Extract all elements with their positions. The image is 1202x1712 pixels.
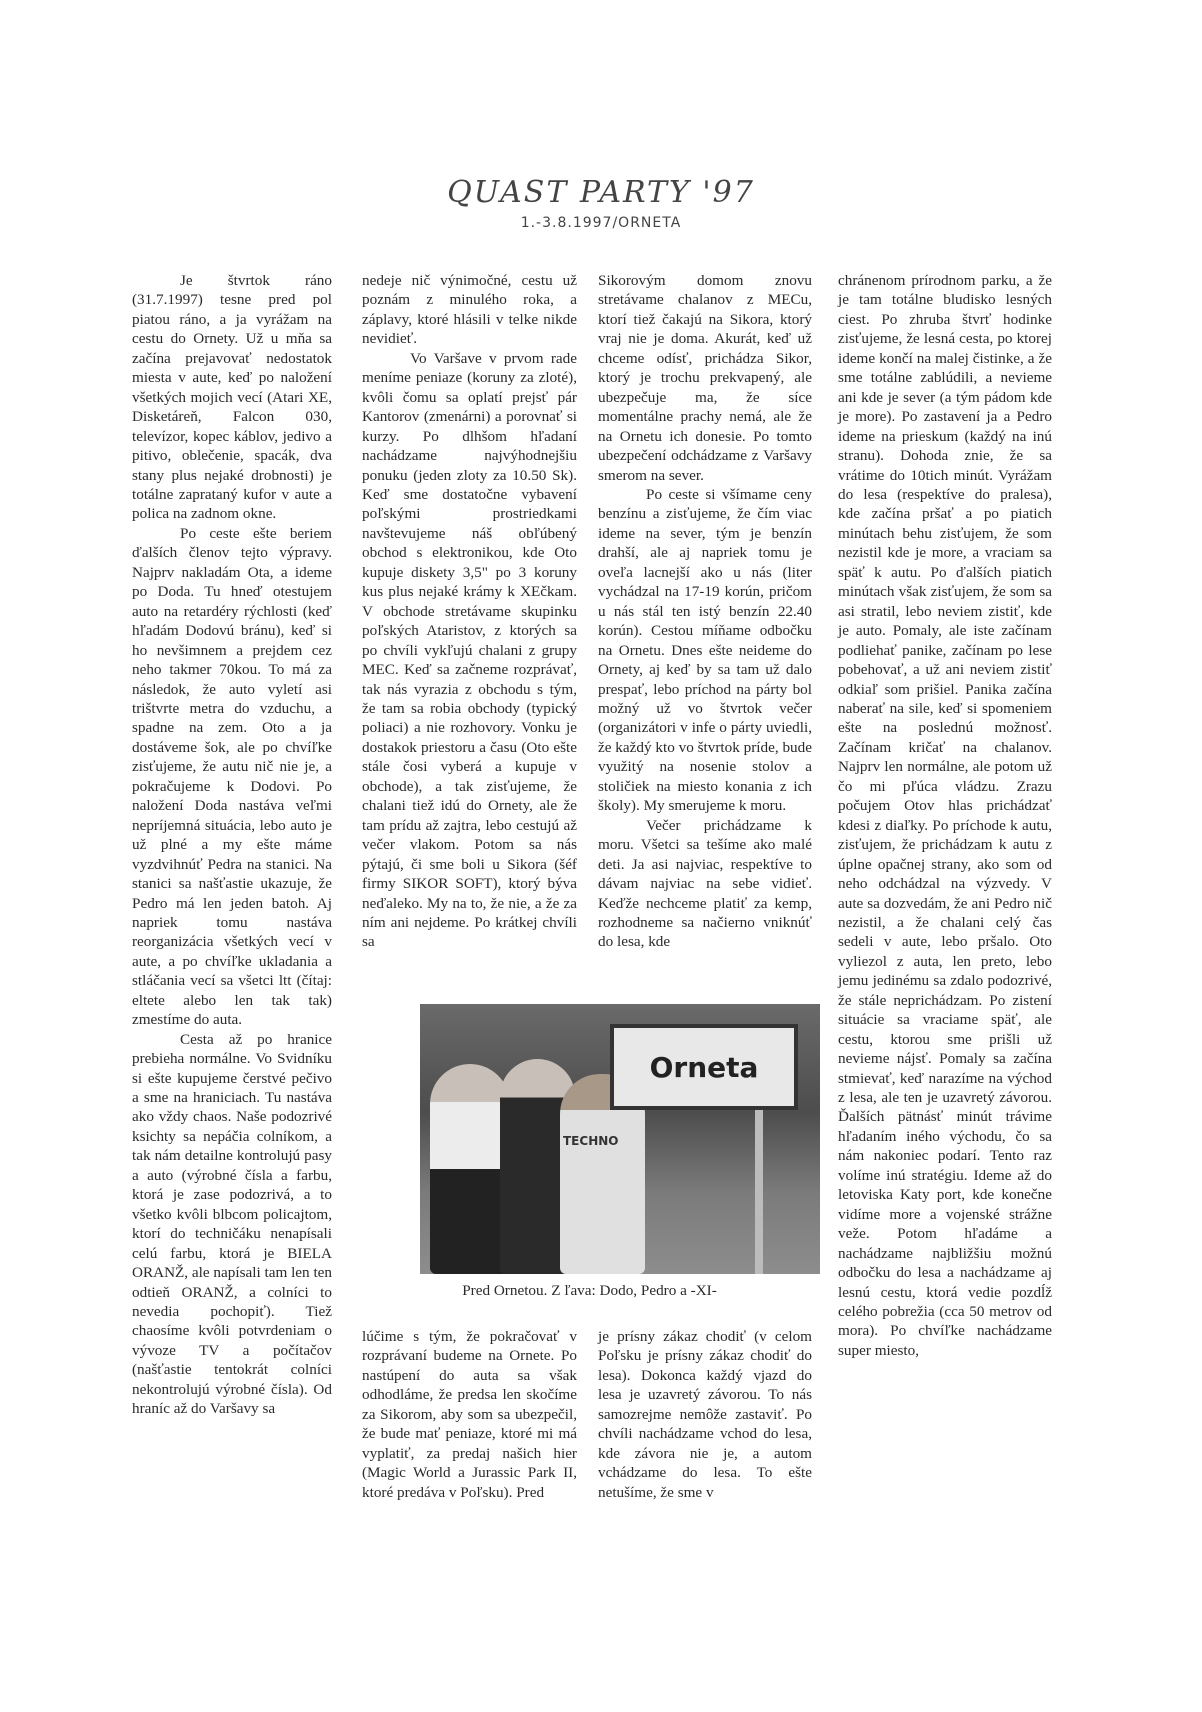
sign-post bbox=[755, 1104, 763, 1274]
paragraph: Po ceste ešte beriem ďalších členov tejt… bbox=[132, 524, 332, 1030]
article-header: QUAST PARTY '97 1.-3.8.1997/ORNETA bbox=[0, 175, 1202, 233]
shirt-text: TECHNO bbox=[563, 1134, 618, 1148]
paragraph: Je štvrtok ráno (31.7.1997) tesne pred p… bbox=[132, 271, 332, 524]
article-subtitle: 1.-3.8.1997/ORNETA bbox=[0, 213, 1202, 233]
paragraph: chránenom prírodnom parku, a že je tam t… bbox=[838, 271, 1052, 1360]
text-column-3-continued: je prísny zákaz chodiť (v celom Poľsku j… bbox=[598, 1327, 812, 1502]
paragraph: Večer prichádzame k moru. Všetci sa teší… bbox=[598, 816, 812, 952]
text-column-1: Je štvrtok ráno (31.7.1997) tesne pred p… bbox=[132, 271, 332, 1419]
paragraph: Vo Varšave v prvom rade meníme peniaze (… bbox=[362, 349, 577, 952]
paragraph: nedeje nič výnimočné, cestu už poznám z … bbox=[362, 271, 577, 349]
paragraph: je prísny zákaz chodiť (v celom Poľsku j… bbox=[598, 1327, 812, 1502]
paragraph: Sikorovým domom znovu stretávame chalano… bbox=[598, 271, 812, 485]
text-column-3: Sikorovým domom znovu stretávame chalano… bbox=[598, 271, 812, 952]
text-column-4: chránenom prírodnom parku, a že je tam t… bbox=[838, 271, 1052, 1360]
article-title: QUAST PARTY '97 bbox=[0, 175, 1202, 211]
paragraph: Po ceste si všímame ceny benzínu a zisťu… bbox=[598, 485, 812, 816]
paragraph: Cesta až po hranice prebieha normálne. V… bbox=[132, 1030, 332, 1419]
person-figure bbox=[430, 1064, 510, 1274]
paragraph: lúčime s tým, že pokračovať v rozprávaní… bbox=[362, 1327, 577, 1502]
text-column-2-continued: lúčime s tým, že pokračovať v rozprávaní… bbox=[362, 1327, 577, 1502]
town-sign: Orneta bbox=[610, 1024, 798, 1110]
photo-caption: Pred Ornetou. Z ľava: Dodo, Pedro a -XI- bbox=[362, 1281, 817, 1300]
article-photo: TECHNO Orneta bbox=[420, 1004, 820, 1274]
text-column-2: nedeje nič výnimočné, cestu už poznám z … bbox=[362, 271, 577, 952]
